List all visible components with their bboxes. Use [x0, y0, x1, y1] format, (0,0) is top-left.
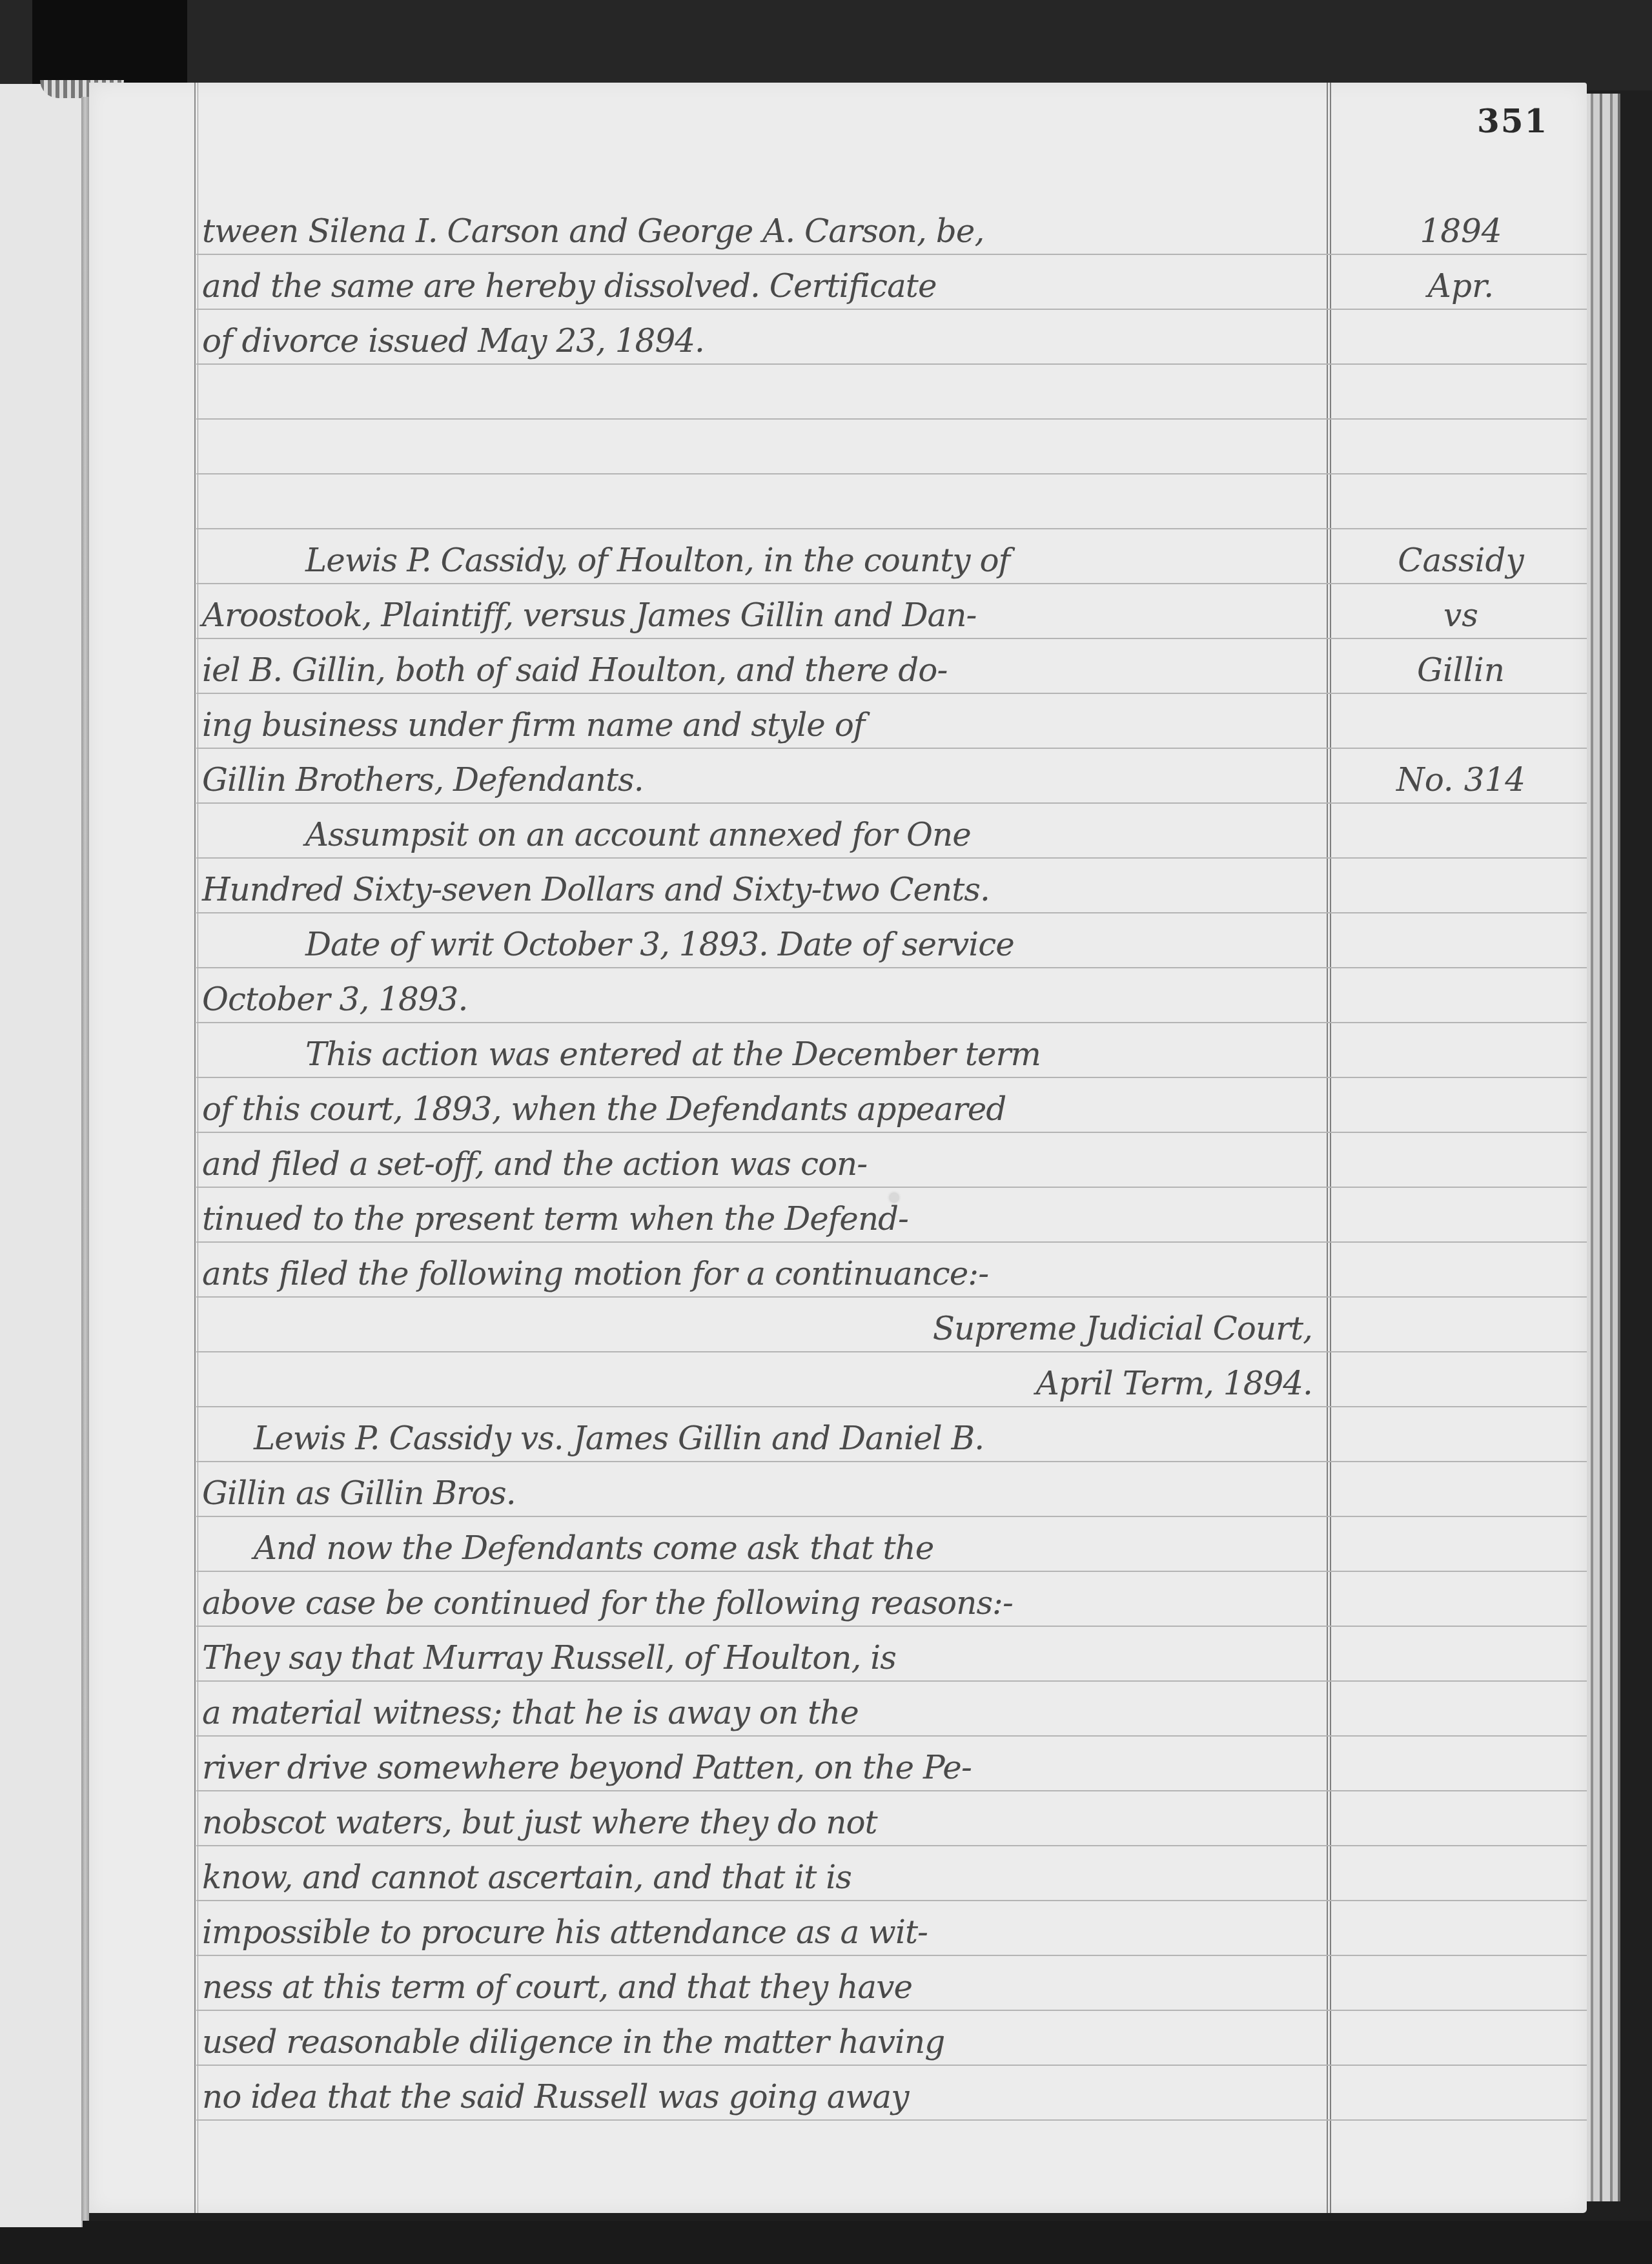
margin-note-case-plaintiff: Cassidy: [1338, 535, 1584, 586]
text-line: ing business under firm name and style o…: [202, 699, 1325, 751]
text-line: ness at this term of court, and that the…: [202, 1961, 1325, 2013]
ledger-page: 351 1894 Apr. Cassidy vs Gillin No. 314 …: [89, 83, 1587, 2213]
text-line: impossible to procure his attendance as …: [202, 1906, 1325, 1958]
text-line: and the same are hereby dissolved. Certi…: [202, 260, 1325, 312]
text-line-term-heading: April Term, 1894.: [202, 1358, 1325, 1409]
text-line: Hundred Sixty-seven Dollars and Sixty-tw…: [202, 864, 1325, 915]
text-line-court-heading: Supreme Judicial Court,: [202, 1303, 1325, 1354]
text-line: river drive somewhere beyond Patten, on …: [202, 1742, 1325, 1793]
background-bottom: [0, 2221, 1652, 2264]
text-line: know, and cannot ascertain, and that it …: [202, 1851, 1325, 1903]
text-line: Gillin as Gillin Bros.: [202, 1467, 1325, 1519]
paper-blemish: [890, 1193, 899, 1202]
margin-note-case-defendant: Gillin: [1338, 644, 1584, 696]
text-line: Aroostook, Plaintiff, versus James Gilli…: [202, 589, 1325, 641]
text-line: ants filed the following motion for a co…: [202, 1248, 1325, 1300]
stacked-page-edges: [1582, 94, 1620, 2201]
text-line: above case be continued for the followin…: [202, 1577, 1325, 1629]
background-top: [0, 0, 1652, 90]
text-line: tinued to the present term when the Defe…: [202, 1193, 1325, 1245]
text-line: a material witness; that he is away on t…: [202, 1687, 1325, 1739]
text-line: They say that Murray Russell, of Houlton…: [202, 1632, 1325, 1684]
text-line: of divorce issued May 23, 1894.: [202, 315, 1325, 367]
text-line: iel B. Gillin, both of said Houlton, and…: [202, 644, 1325, 696]
book-gutter: [81, 97, 89, 2221]
page-number: 351: [1477, 102, 1548, 140]
background-shadow: [32, 0, 187, 84]
margin-note-case-number: No. 314: [1338, 754, 1584, 806]
text-line: and filed a set-off, and the action was …: [202, 1138, 1325, 1190]
facing-page-edge: [0, 84, 83, 2227]
text-line: tween Silena I. Carson and George A. Car…: [202, 205, 1325, 257]
rule-line: [196, 418, 1587, 420]
text-line: Assumpsit on an account annexed for One: [202, 809, 1325, 861]
text-line: Date of writ October 3, 1893. Date of se…: [202, 919, 1325, 970]
text-line: Lewis P. Cassidy, of Houlton, in the cou…: [202, 535, 1325, 586]
left-margin-rule: [194, 83, 196, 2213]
text-line: used reasonable diligence in the matter …: [202, 2016, 1325, 2068]
text-line: Lewis P. Cassidy vs. James Gillin and Da…: [202, 1412, 1325, 1464]
text-line: no idea that the said Russell was going …: [202, 2071, 1325, 2123]
rule-line: [196, 528, 1587, 529]
margin-note-month: Apr.: [1338, 260, 1584, 312]
text-line: Gillin Brothers, Defendants.: [202, 754, 1325, 806]
text-line: of this court, 1893, when the Defendants…: [202, 1083, 1325, 1135]
text-line: October 3, 1893.: [202, 974, 1325, 1025]
text-line: nobscot waters, but just where they do n…: [202, 1797, 1325, 1848]
margin-note-year: 1894: [1338, 205, 1584, 257]
rule-line: [196, 473, 1587, 474]
text-line: This action was entered at the December …: [202, 1028, 1325, 1080]
margin-note-case-vs: vs: [1338, 589, 1584, 641]
text-line: And now the Defendants come ask that the: [202, 1522, 1325, 1574]
